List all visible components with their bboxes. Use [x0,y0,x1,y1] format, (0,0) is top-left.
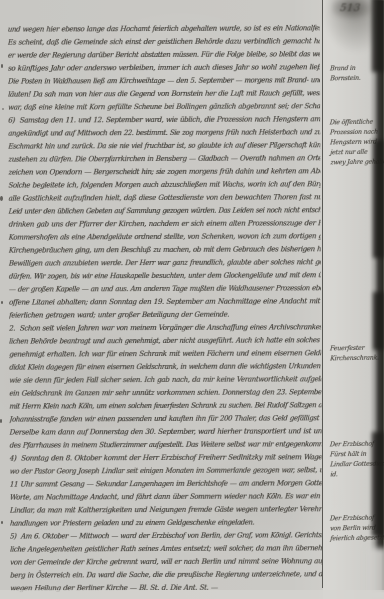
manuscript-line: zustehen zu dürfen. Die Oberpfarrkirchen… [8,151,296,165]
edge-speck [1,64,3,68]
manuscript-line: 2. Schon seit vielen Jahren war von mein… [9,320,303,334]
manuscript-line: lichen Behörde beantragt und auch genehm… [9,333,291,347]
manuscript-line: wie sie denn für jeden Fall sicher seien… [9,372,303,386]
manuscript-line: läuten! Da sah man von hier aus die Gege… [8,86,302,100]
page-edge-dark-patch [373,140,384,258]
manuscript-line: wo der Pastor Georg Joseph Lindlar seit … [9,463,291,477]
manuscript-line: Die Posten in Waldhausen ließ am Kirchwe… [8,73,290,87]
edge-speck [1,521,3,524]
manuscript-page: und wegen hier ebenso lange das Hochamt … [0,0,384,599]
manuscript-line: so künftiges Jahr oder anderswo verbleib… [8,60,302,74]
page-edge-dark-patch [373,292,384,350]
manuscript-line: Lindlar, da man mit Kaltherzigkeiten und… [9,502,303,516]
manuscript-line: und wegen hier ebenso lange das Hochamt … [8,21,296,35]
manuscript-line: liche Angelegenheiten geistlicher Rath s… [10,541,298,555]
margin-column [323,0,372,599]
manuscript-line: ein Geldschrank im Ganzen mir sehr unnüt… [9,385,297,399]
edge-speck [0,196,3,201]
manuscript-line: mit Herrn Klein nach Köln, um einen solc… [9,398,291,412]
edge-speck [0,419,2,423]
manuscript-line: Kommershofen als eine Abendgeläute ordne… [8,229,296,243]
manuscript-line: 6) Samstag den 11. und 12. September war… [8,112,302,126]
manuscript-line: dürfen. Wir zogen, bis wir eine Hauskape… [8,268,290,282]
manuscript-line: Worte, am Nachmittage Andacht, und fährt… [9,489,297,503]
page-edge-dark-patch [372,432,384,536]
manuscript-line: Kirchengebräuchen ging, um den Beschluß … [8,242,302,256]
manuscript-line: genehmigt erhalten. Ich war für einen Sc… [9,346,303,360]
margin-rule [322,0,323,588]
manuscript-line: 4) Sonntag den 8. Oktober kommt der Herr… [9,450,303,464]
page-number: 513 [339,3,361,15]
manuscript-line: 11 Uhr sammt Gesang — Sekundar Langenhag… [9,476,303,490]
scan-bottom-strip [0,590,384,599]
manuscript-line: war, daß eine kleine mit Korn gefüllte S… [8,99,296,113]
manuscript-lines: und wegen hier ebenso lange das Hochamt … [8,21,322,592]
manuscript-line: feierlichen getragen ward; unter großer … [9,307,297,321]
manuscript-line: Derselbe kam dann auf Donnerstag den 30.… [9,424,303,438]
edge-speck [2,108,4,110]
manuscript-line: Johannisstraße fanden wir einen passende… [9,411,297,425]
manuscript-line: — der großen Kapelle — an und aus. Am an… [8,281,296,295]
manuscript-line: offene Litanei abhalten; dann Sonntag de… [9,294,303,308]
manuscript-line: Eschmarkt hin und zurück. Da sie nie vie… [8,138,290,152]
manuscript-line: alle Gastlichkeit aufzufinden hielt, daß… [8,190,302,204]
manuscript-line: angekündigt und auf Mittwoch den 22. bes… [8,125,296,139]
manuscript-line: didat Klein dagegen für einen eisernen G… [9,359,297,373]
manuscript-line: Bewilligen auch anzubieten werde. Der He… [8,255,296,269]
manuscript-line: berg in Österreich ein. Da ward die Sach… [10,567,298,581]
page-edge-dark-patch [372,0,384,72]
manuscript-line: Es scheint, daß die Gemeinde sich einst … [8,34,302,48]
manuscript-line: drinken gab uns der Pfarrer der Kirchen,… [8,216,302,230]
edge-speck [1,301,3,304]
manuscript-line: des Pfarrhauses in meinem Studierzimmer … [9,437,297,451]
manuscript-line: Leid unter den üblichen Gebeten auf Samm… [8,203,290,217]
manuscript-line: von der Gemeinde der Kirche getrennt war… [10,554,304,568]
manuscript-line: zeichen von Opendorn — Bergerscheidt hin… [8,164,302,178]
manuscript-line: er werde der Regierung darüber Bericht a… [8,47,296,61]
manuscript-line: 5) Am 6. Oktober — Mittwoch — ward der E… [9,528,291,542]
manuscript-line: handlungen vor Priestern geladen und zu … [9,515,297,529]
manuscript-line: Solche begleitete ich, folgenden Morgen … [8,177,296,191]
